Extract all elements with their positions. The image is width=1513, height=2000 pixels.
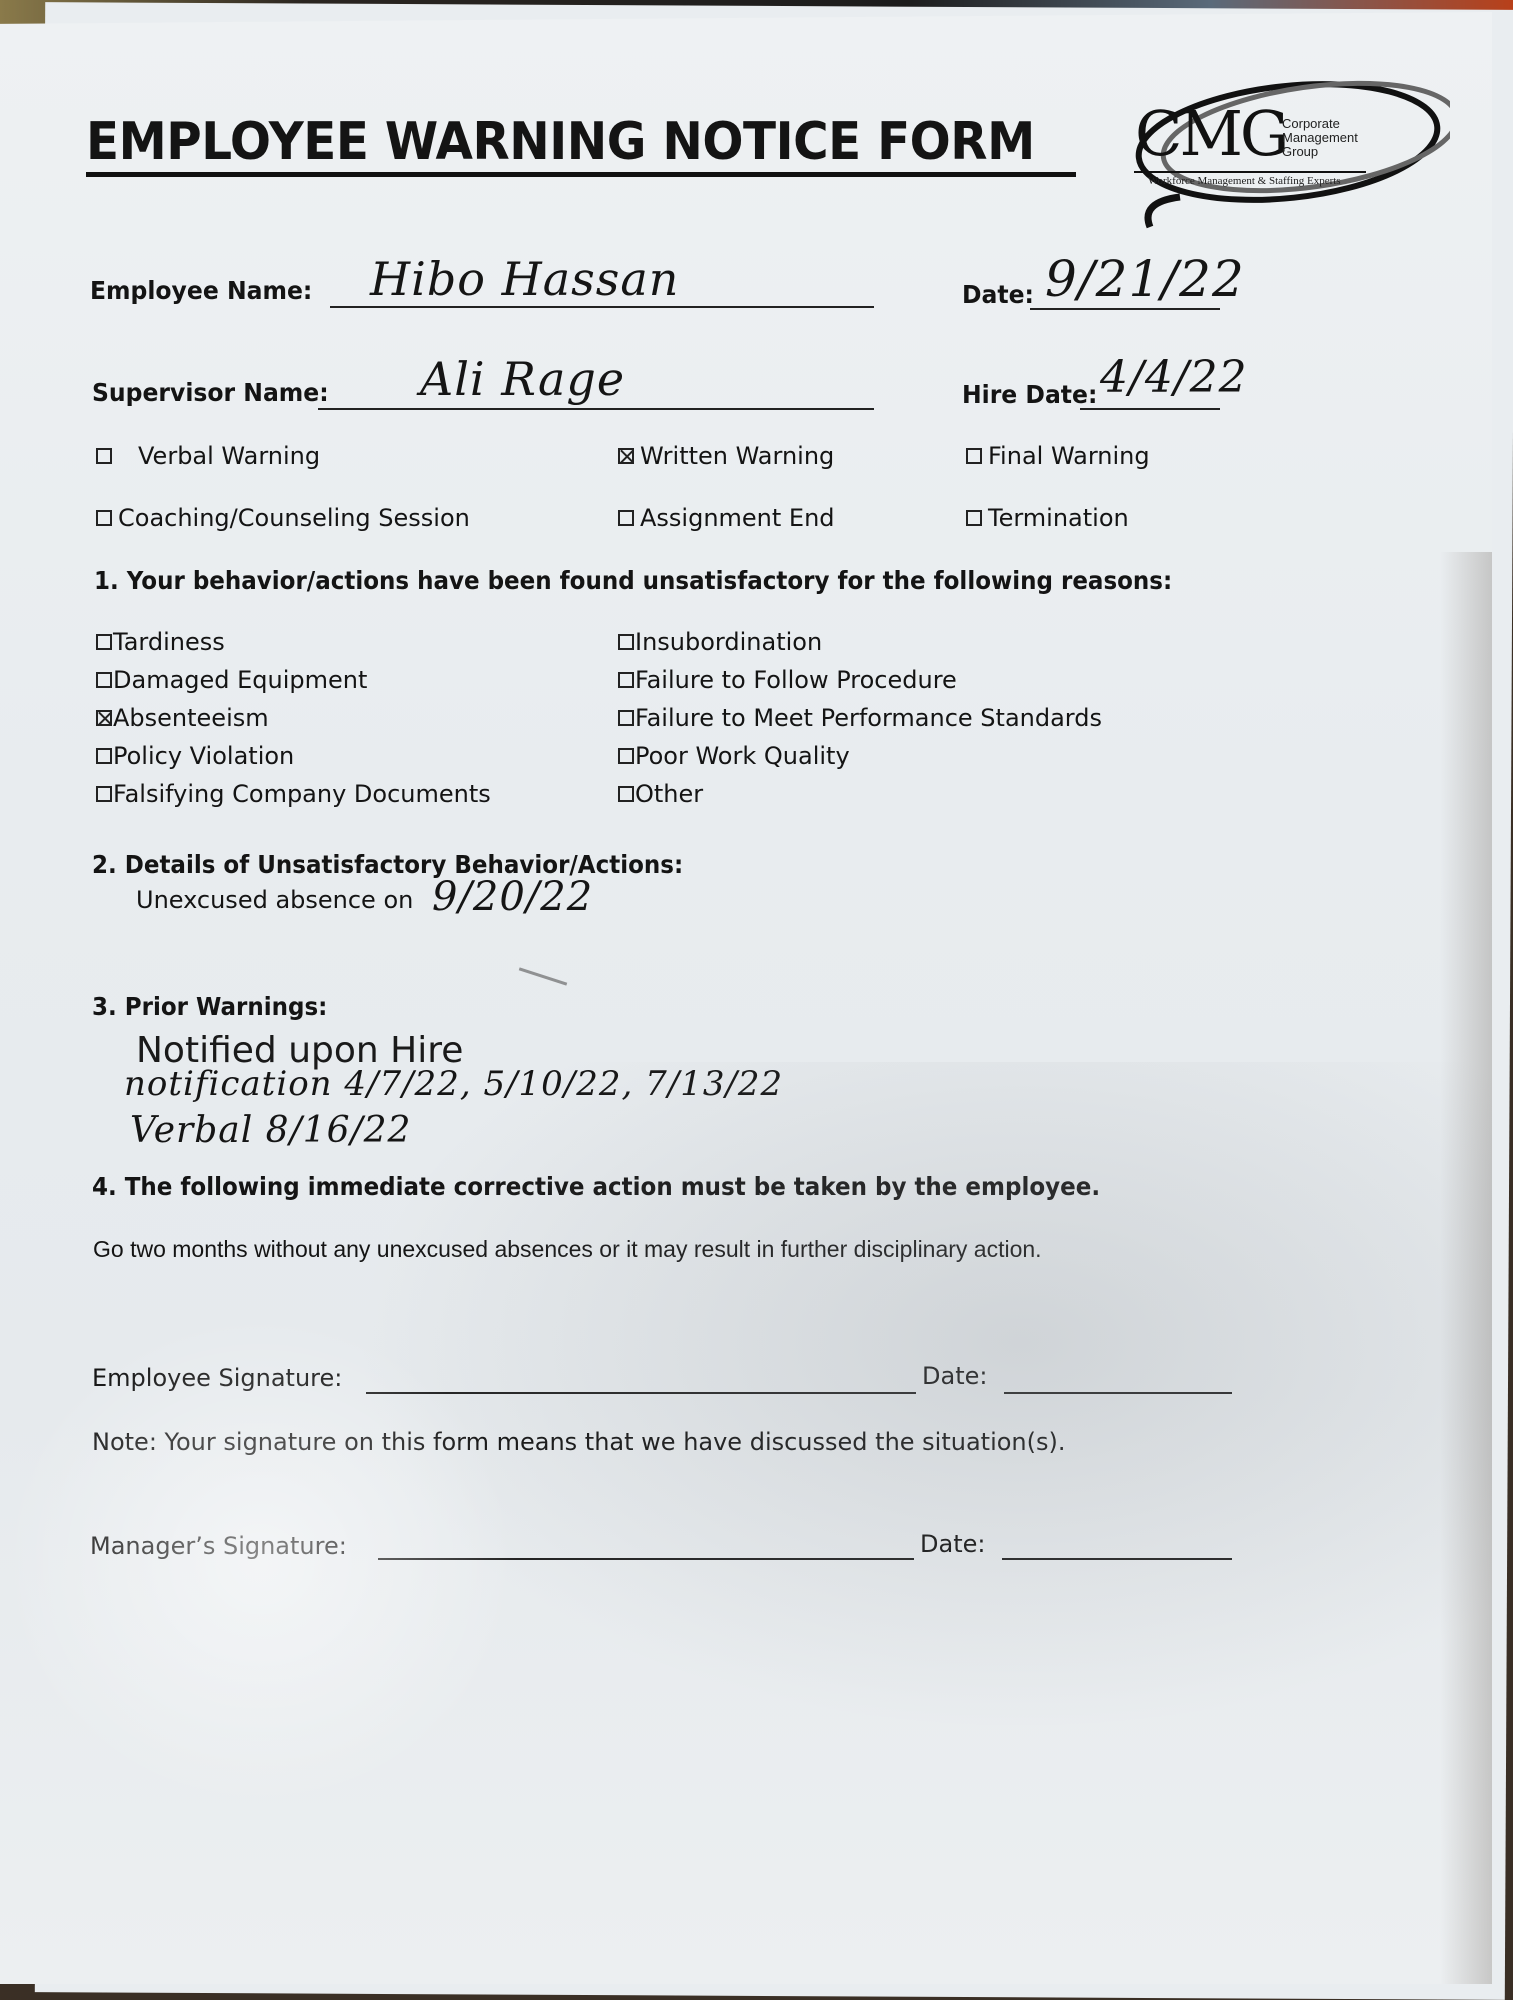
checkbox-empty-icon[interactable] [966, 448, 982, 464]
checkbox-falsifying-documents[interactable]: Falsifying Company Documents [96, 780, 491, 808]
checkbox-empty-icon[interactable] [618, 748, 634, 764]
checkbox-assignment-end[interactable]: Assignment End [618, 504, 835, 532]
checkbox-final-warning[interactable]: Final Warning [966, 442, 1150, 470]
section-2-heading: 2. Details of Unsatisfactory Behavior/Ac… [92, 850, 683, 879]
checkbox-empty-icon[interactable] [96, 448, 112, 464]
checkbox-empty-icon[interactable] [618, 672, 634, 688]
details-date-field[interactable]: 9/20/22 [432, 874, 593, 920]
employee-name-line [330, 306, 874, 308]
checkbox-empty-icon[interactable] [966, 510, 982, 526]
checkbox-checked-icon[interactable] [618, 448, 634, 464]
checkbox-empty-icon[interactable] [618, 510, 634, 526]
supervisor-name-line [318, 408, 874, 410]
checkbox-poor-work-quality[interactable]: Poor Work Quality [618, 742, 850, 770]
paper-shadow [300, 1062, 1500, 1762]
hire-date-line [1080, 408, 1220, 410]
checkbox-empty-icon[interactable] [618, 634, 634, 650]
supervisor-name-label: Supervisor Name: [92, 378, 329, 407]
checkbox-empty-icon[interactable] [96, 634, 112, 650]
employee-name-label: Employee Name: [90, 276, 312, 305]
title-underline [86, 172, 1076, 177]
hire-date-field[interactable]: 4/4/22 [1100, 352, 1248, 403]
manager-date-label: Date: [920, 1530, 985, 1558]
prior-warnings-handwritten-2[interactable]: Verbal 8/16/22 [130, 1110, 411, 1151]
checkbox-empty-icon[interactable] [96, 748, 112, 764]
checkbox-termination[interactable]: Termination [966, 504, 1129, 532]
checkbox-tardiness[interactable]: Tardiness [96, 628, 225, 656]
form-title: EMPLOYEE WARNING NOTICE FORM [86, 112, 1035, 172]
employee-date-label: Date: [922, 1362, 987, 1390]
corrective-action-text: Go two months without any unexcused abse… [93, 1236, 1042, 1263]
checkbox-empty-icon[interactable] [96, 786, 112, 802]
date-field[interactable]: 9/21/22 [1045, 250, 1245, 308]
checkbox-verbal-warning[interactable]: Verbal Warning [96, 442, 320, 470]
checkbox-insubordination[interactable]: Insubordination [618, 628, 822, 656]
employee-name-field[interactable]: Hibo Hassan [370, 252, 679, 306]
section-3-heading: 3. Prior Warnings: [92, 992, 327, 1021]
prior-warnings-handwritten-1[interactable]: notification 4/7/22, 5/10/22, 7/13/22 [124, 1064, 783, 1104]
date-label: Date: [962, 280, 1034, 309]
cmg-logo: CMG Corporate Management Group Workforce… [1110, 77, 1450, 237]
checkbox-other[interactable]: Other [618, 780, 703, 808]
logo-rule [1134, 171, 1366, 173]
manager-signature-label: Manager’s Signature: [90, 1532, 347, 1560]
manager-date-field[interactable] [1002, 1558, 1232, 1560]
checkbox-failure-follow-procedure[interactable]: Failure to Follow Procedure [618, 666, 957, 694]
section-4-heading: 4. The following immediate corrective ac… [92, 1172, 1100, 1201]
checkbox-empty-icon[interactable] [618, 786, 634, 802]
employee-signature-label: Employee Signature: [92, 1364, 342, 1392]
checkbox-empty-icon[interactable] [96, 510, 112, 526]
section-1-heading: 1. Your behavior/actions have been found… [94, 566, 1172, 595]
checkbox-empty-icon[interactable] [96, 672, 112, 688]
logo-company-name: Corporate Management Group [1282, 117, 1358, 159]
pen-mark [519, 967, 567, 985]
employee-signature-field[interactable] [366, 1392, 916, 1394]
checkbox-damaged-equipment[interactable]: Damaged Equipment [96, 666, 367, 694]
hire-date-label: Hire Date: [962, 380, 1097, 409]
checkbox-policy-violation[interactable]: Policy Violation [96, 742, 294, 770]
details-text: Unexcused absence on [136, 886, 413, 914]
checkbox-empty-icon[interactable] [618, 710, 634, 726]
checkbox-checked-icon[interactable] [96, 710, 112, 726]
employee-date-field[interactable] [1004, 1392, 1232, 1394]
checkbox-absenteeism[interactable]: Absenteeism [96, 704, 269, 732]
signature-note: Note: Your signature on this form means … [92, 1428, 1066, 1456]
logo-mark: CMG [1135, 97, 1286, 170]
checkbox-written-warning[interactable]: Written Warning [618, 442, 834, 470]
checkbox-failure-performance-standards[interactable]: Failure to Meet Performance Standards [618, 704, 1102, 732]
checkbox-coaching-session[interactable]: Coaching/Counseling Session [96, 504, 470, 532]
supervisor-name-field[interactable]: Ali Rage [420, 352, 625, 406]
logo-tagline: Workforce Management & Staffing Experts [1148, 175, 1341, 187]
date-line [1030, 308, 1220, 310]
form-page: EMPLOYEE WARNING NOTICE FORM CMG Corpora… [0, 12, 1492, 1984]
manager-signature-field[interactable] [378, 1558, 914, 1560]
